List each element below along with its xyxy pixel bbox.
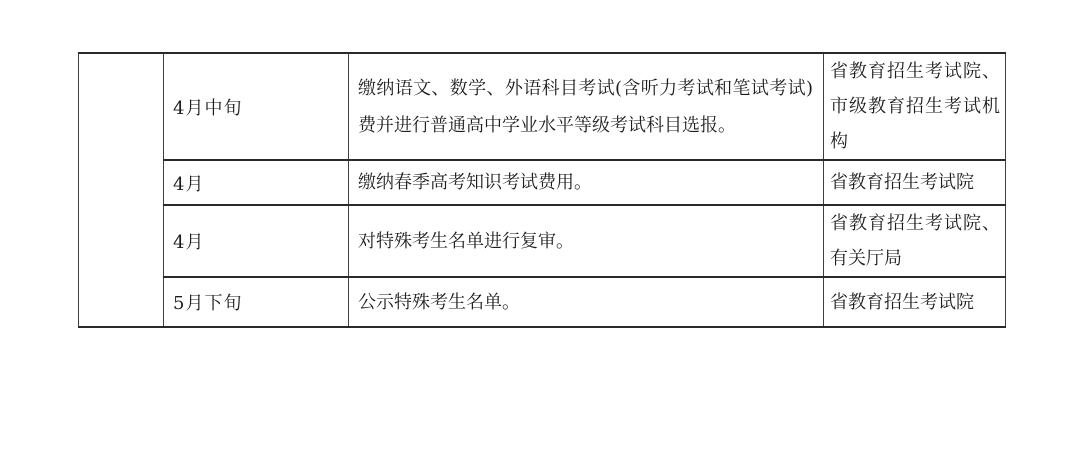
task-cell: 对特殊考生名单进行复审。: [349, 205, 824, 277]
org-cell: 省教育招生考试院: [824, 277, 1006, 327]
schedule-table: 4月中旬 缴纳语文、数学、外语科目考试(含听力考试和笔试考试)费并进行普通高中学…: [78, 52, 1006, 328]
task-cell: 缴纳语文、数学、外语科目考试(含听力考试和笔试考试)费并进行普通高中学业水平等级…: [349, 53, 824, 160]
date-cell: 4月中旬: [164, 53, 349, 160]
date-cell: 5月下旬: [164, 277, 349, 327]
org-cell: 省教育招生考试院、市级教育招生考试机构: [824, 53, 1006, 160]
task-cell: 公示特殊考生名单。: [349, 277, 824, 327]
task-cell: 缴纳春季高考知识考试费用。: [349, 160, 824, 205]
document-page: 4月中旬 缴纳语文、数学、外语科目考试(含听力考试和笔试考试)费并进行普通高中学…: [0, 0, 1080, 467]
table-row: 4月中旬 缴纳语文、数学、外语科目考试(含听力考试和笔试考试)费并进行普通高中学…: [79, 53, 1006, 160]
table-row: 4月 对特殊考生名单进行复审。 省教育招生考试院、有关厅局: [79, 205, 1006, 277]
date-cell: 4月: [164, 160, 349, 205]
org-cell: 省教育招生考试院、有关厅局: [824, 205, 1006, 277]
org-cell: 省教育招生考试院: [824, 160, 1006, 205]
date-cell: 4月: [164, 205, 349, 277]
table-row: 4月 缴纳春季高考知识考试费用。 省教育招生考试院: [79, 160, 1006, 205]
merged-left-cell: [79, 53, 164, 327]
table-row: 5月下旬 公示特殊考生名单。 省教育招生考试院: [79, 277, 1006, 327]
